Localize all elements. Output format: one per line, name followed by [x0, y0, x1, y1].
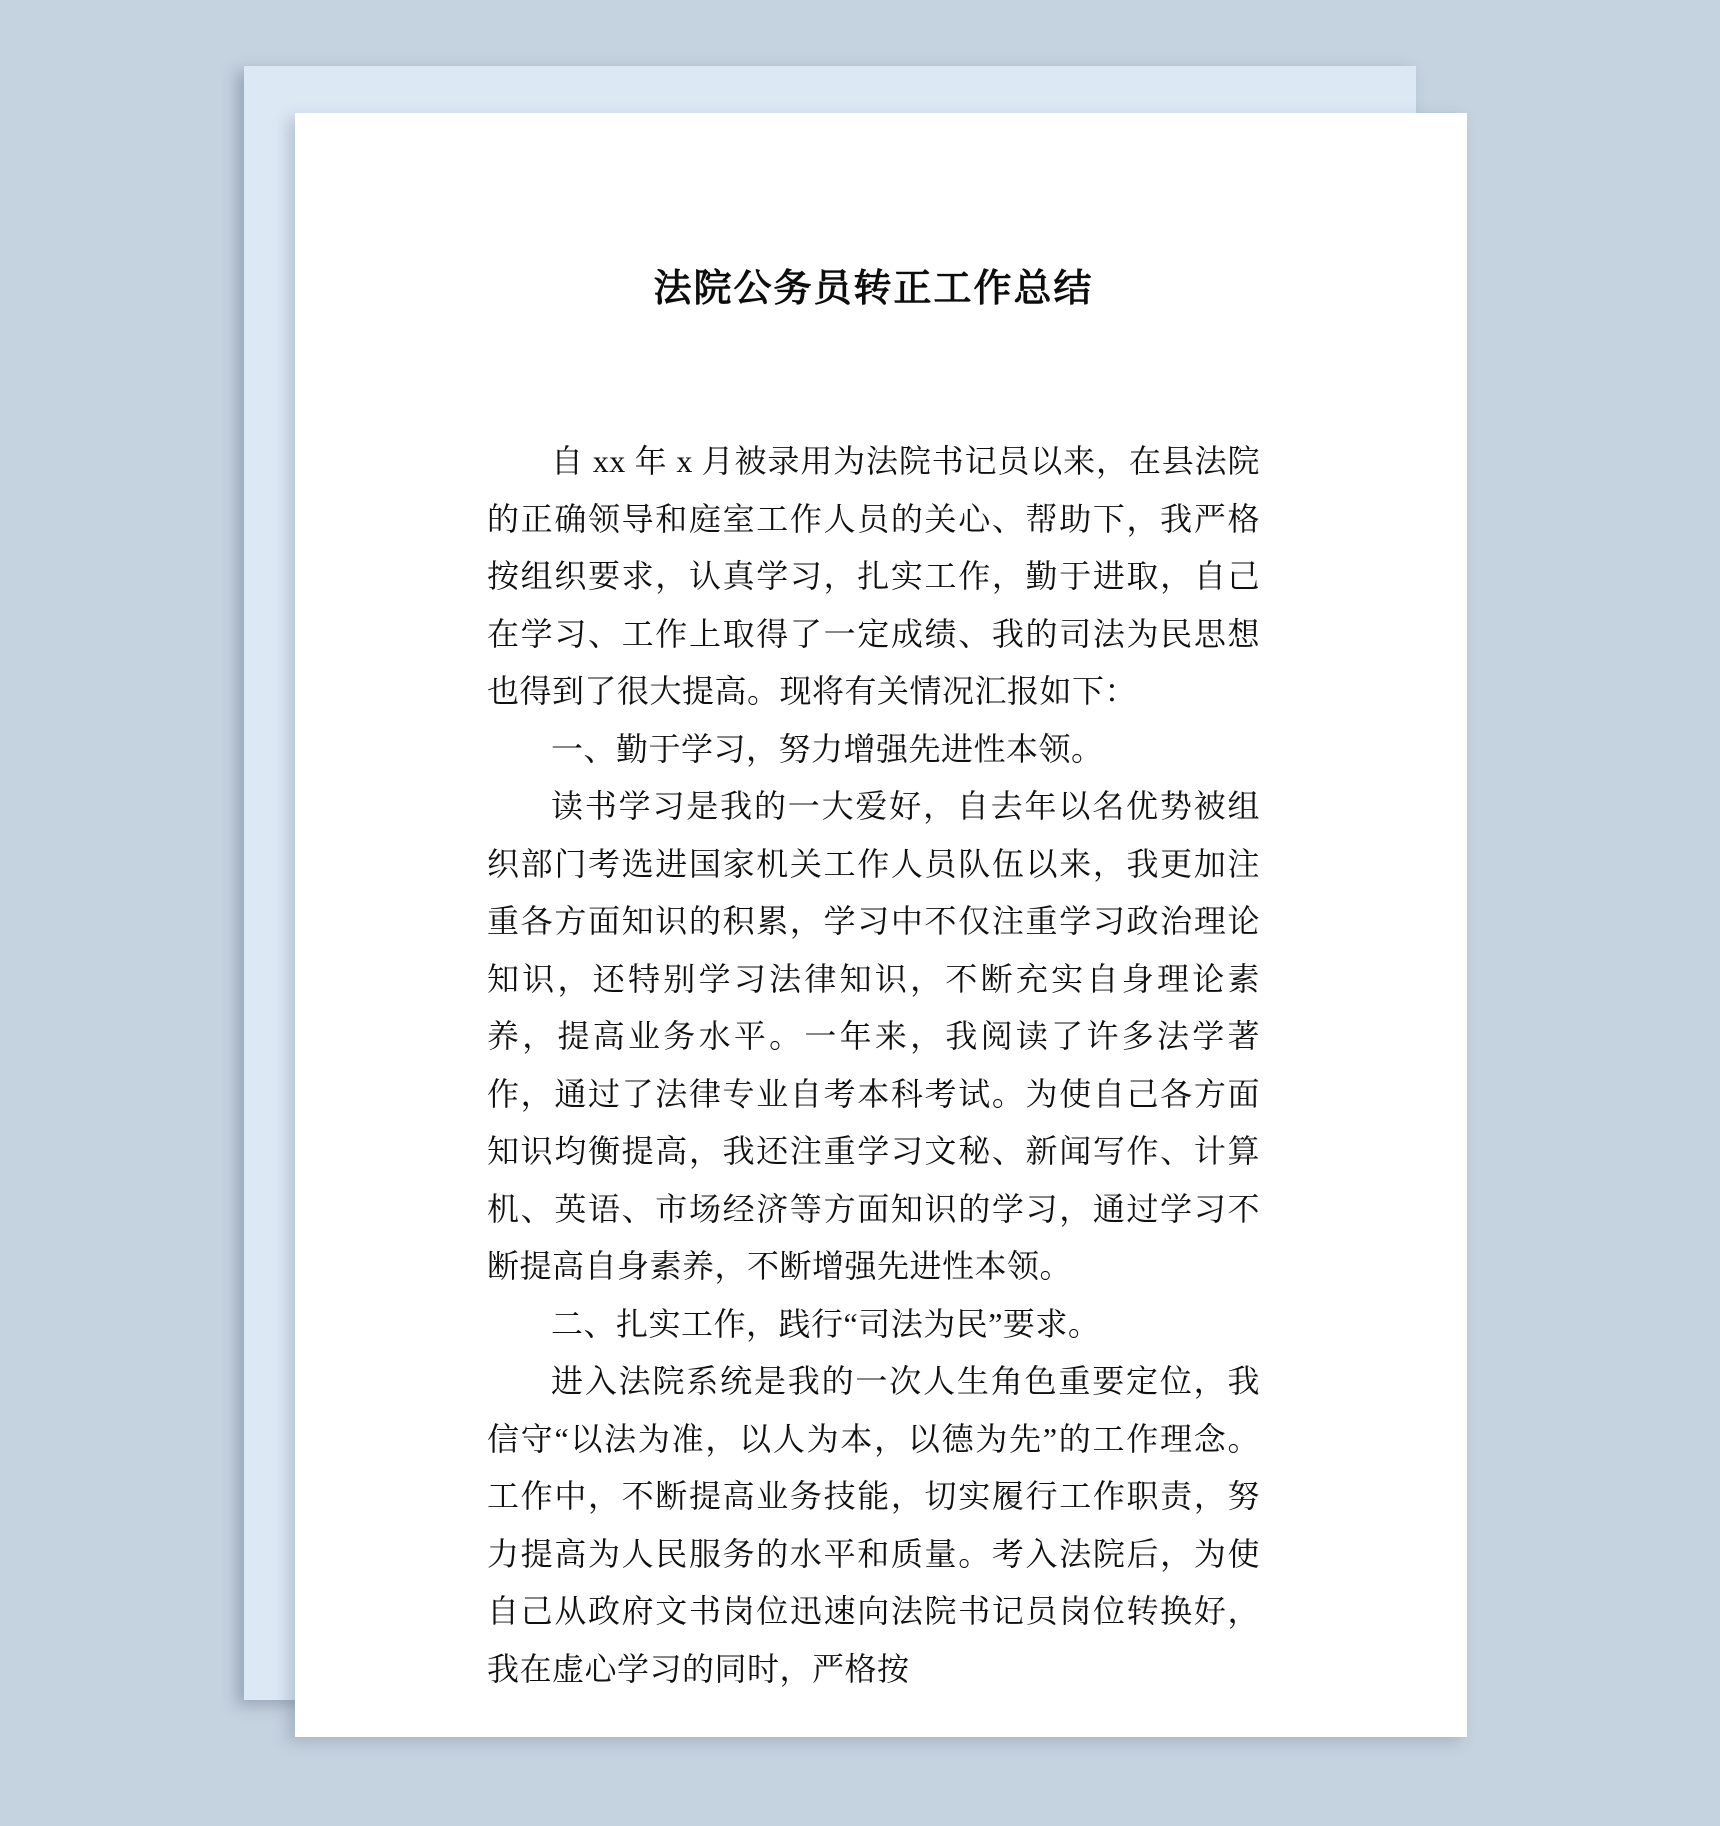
document-preview-canvas: 法院公务员转正工作总结 自 xx 年 x 月被录用为法院书记员以来，在县法院的正…: [0, 0, 1720, 1826]
section-heading-2: 二、扎实工作，践行“司法为民”要求。: [487, 1296, 1260, 1354]
paragraph-section-1: 读书学习是我的一大爱好，自去年以名优势被组织部门考选进国家机关工作人员队伍以来，…: [487, 778, 1260, 1296]
paragraph-intro: 自 xx 年 x 月被录用为法院书记员以来，在县法院的正确领导和庭室工作人员的关…: [487, 433, 1260, 721]
document-title: 法院公务员转正工作总结: [487, 263, 1260, 315]
paragraph-section-2: 进入法院系统是我的一次人生角色重要定位，我信守“以法为准，以人为本，以德为先”的…: [487, 1353, 1260, 1698]
section-heading-1: 一、勤于学习，努力增强先进性本领。: [487, 721, 1260, 779]
document-page: 法院公务员转正工作总结 自 xx 年 x 月被录用为法院书记员以来，在县法院的正…: [295, 113, 1467, 1737]
